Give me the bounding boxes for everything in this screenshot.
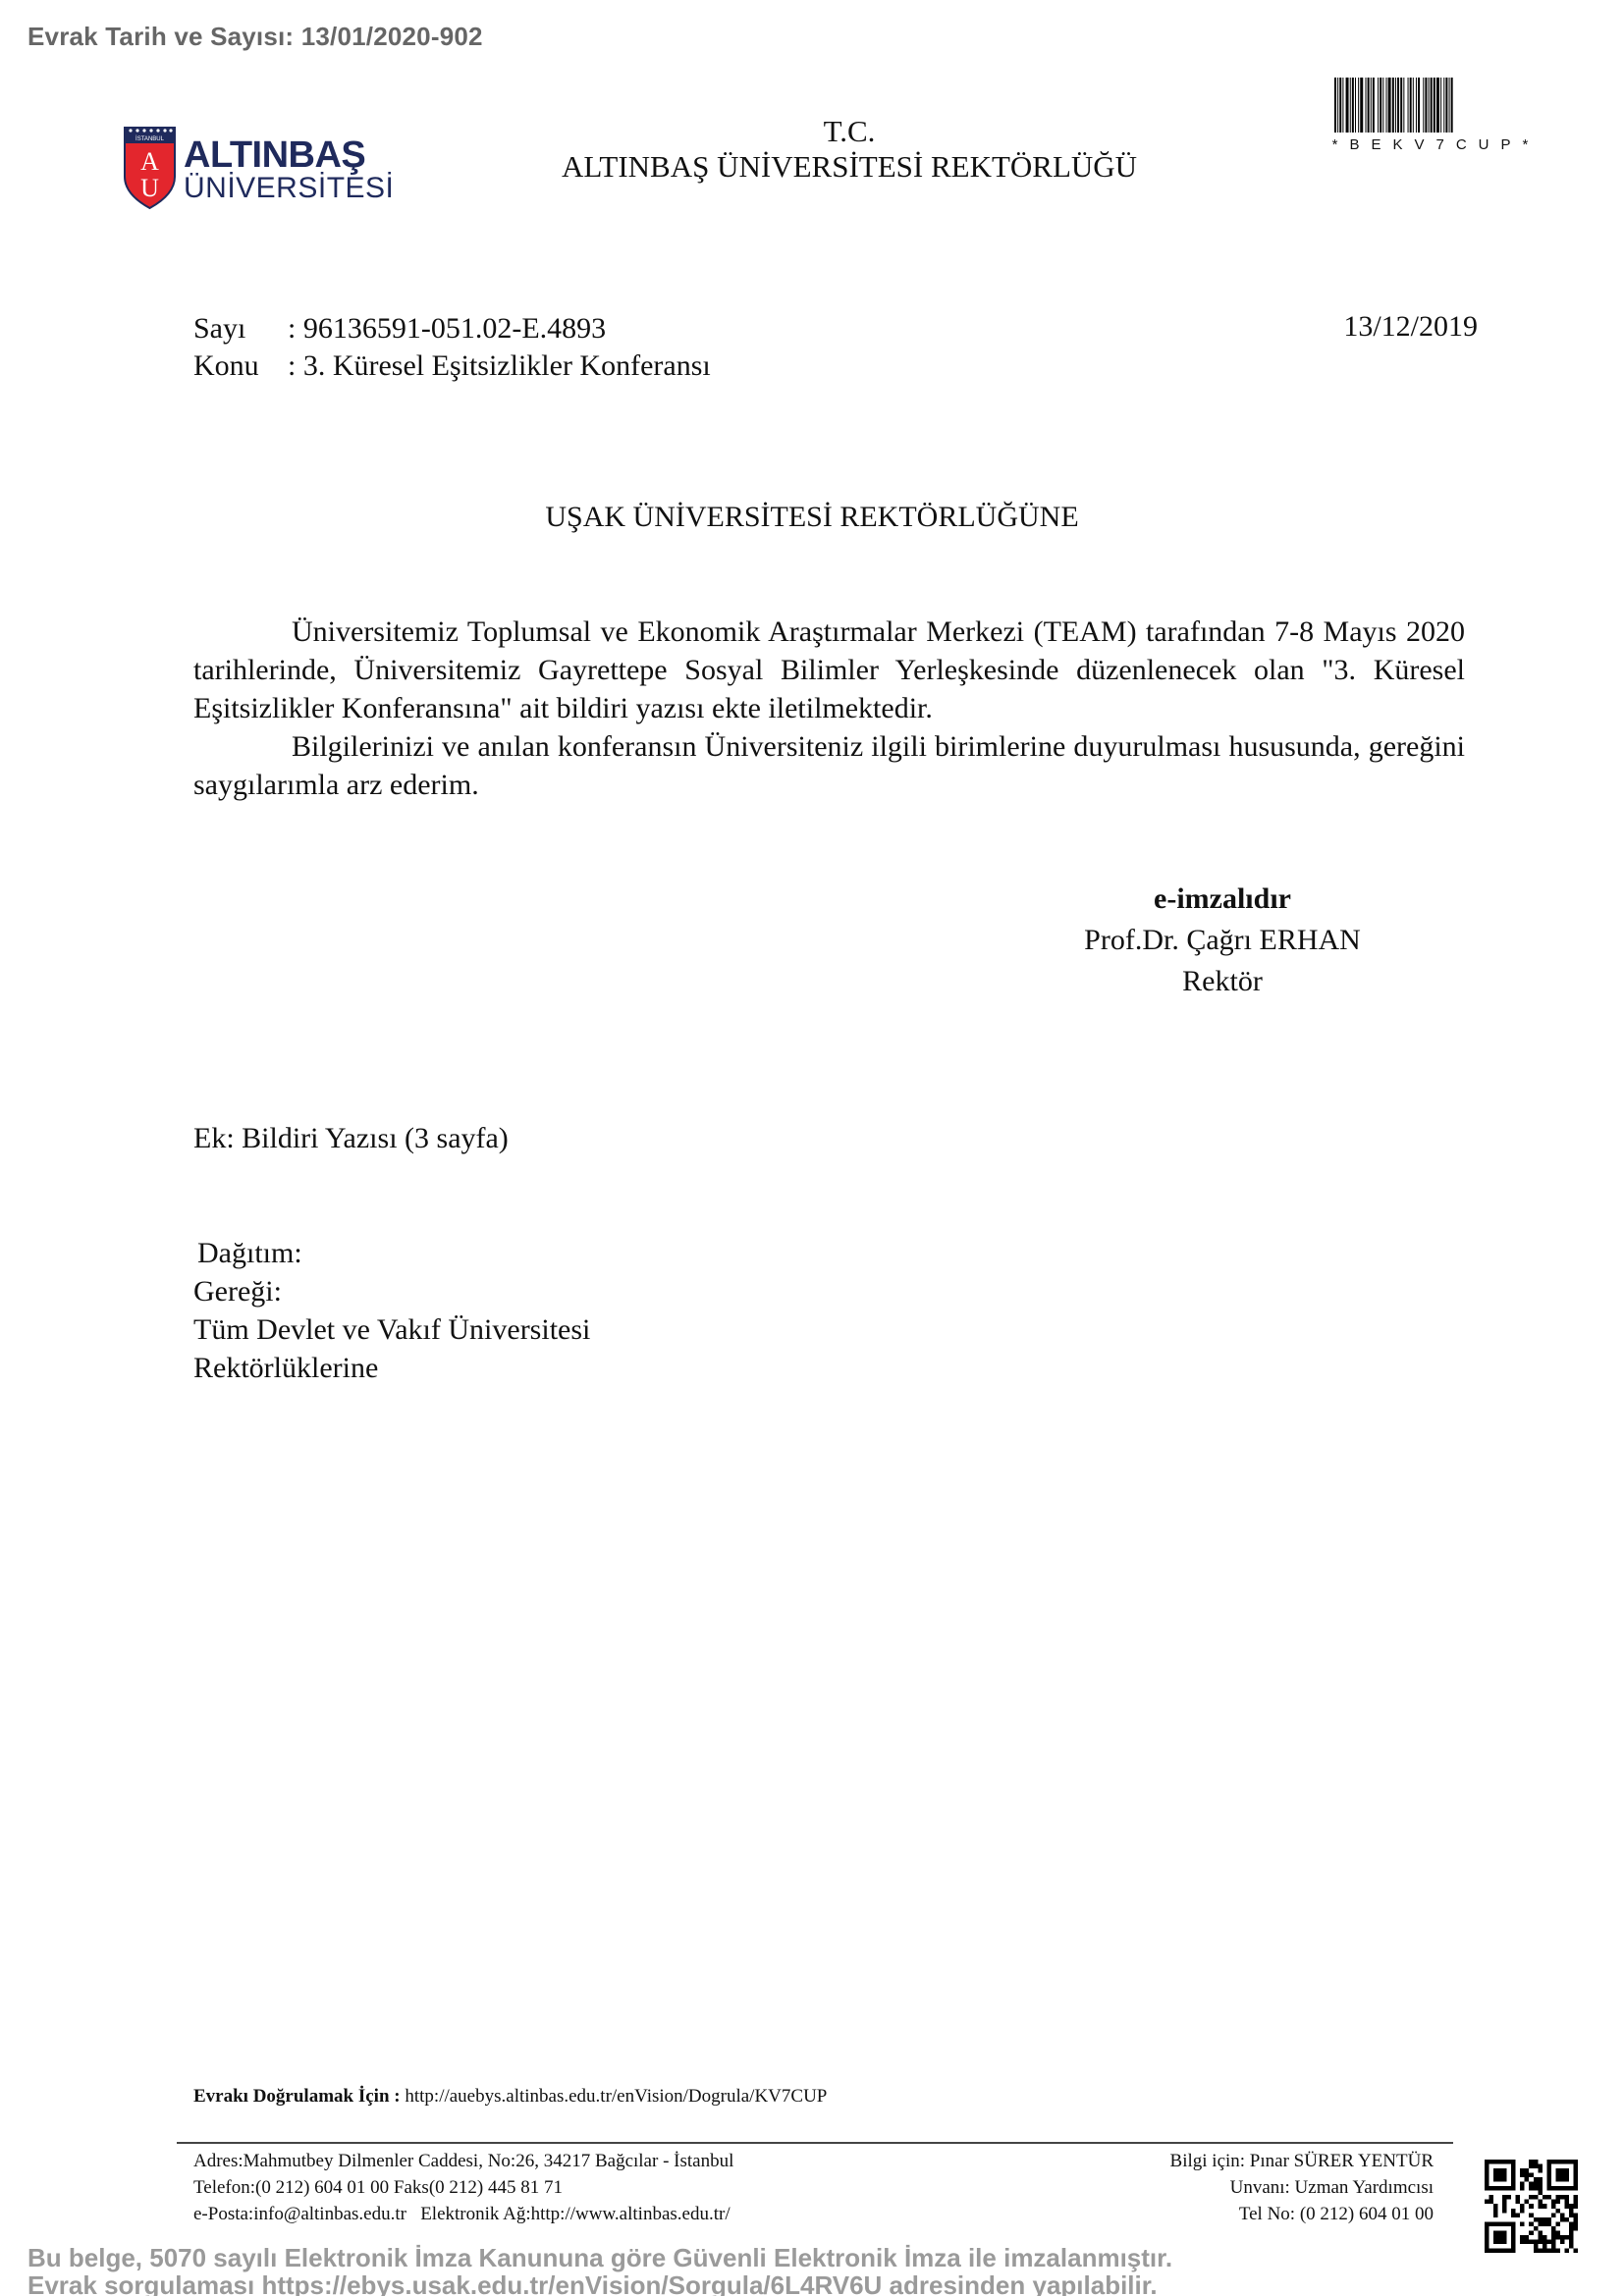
signature-block: e-imzalıdır Prof.Dr. Çağrı ERHAN Rektör: [1041, 879, 1404, 1002]
sayi-label: Sayı: [193, 310, 288, 347]
info-contact: Bilgi için: Pınar SÜRER YENTÜR: [1060, 2148, 1434, 2174]
e-signature-status: e-imzalıdır: [1041, 879, 1404, 920]
distribution-gereği: Gereği:: [193, 1272, 590, 1310]
info-phone: Tel No: (0 212) 604 01 00: [1060, 2201, 1434, 2227]
body-paragraph-1: Üniversitemiz Toplumsal ve Ekonomik Araş…: [193, 613, 1465, 727]
e-signature-notice: Bu belge, 5070 sayılı Elektronik İmza Ka…: [27, 2244, 1172, 2296]
body-paragraph-2: Bilgilerinizi ve anılan konferansın Üniv…: [193, 727, 1465, 804]
header-institution: ALTINBAŞ ÜNİVERSİTESİ REKTÖRLÜĞÜ: [0, 149, 1624, 185]
footer-phone: Telefon:(0 212) 604 01 00 Faks(0 212) 44…: [193, 2174, 733, 2201]
barcode-text: *BEKV7CUP*: [1330, 136, 1542, 153]
signatory-title: Rektör: [1041, 961, 1404, 1002]
e-signature-notice-line-2: Evrak sorgulaması https://ebys.usak.edu.…: [27, 2271, 1172, 2296]
sayi-value: : 96136591-051.02-E.4893: [288, 312, 606, 345]
signatory-name: Prof.Dr. Çağrı ERHAN: [1041, 920, 1404, 961]
konu-label: Konu: [193, 347, 288, 385]
document-date: 13/12/2019: [1306, 310, 1478, 344]
meta-sayi: Sayı: 96136591-051.02-E.4893: [193, 310, 606, 347]
distribution-line-2: Rektörlüklerine: [193, 1349, 590, 1387]
e-signature-notice-line-1: Bu belge, 5070 sayılı Elektronik İmza Ka…: [27, 2244, 1172, 2271]
footer-email-web: e-Posta:info@altinbas.edu.tr Elektronik …: [193, 2201, 733, 2227]
footer-contact: Adres:Mahmutbey Dilmenler Caddesi, No:26…: [193, 2148, 733, 2227]
verification-line: Evrakı Doğrulamak İçin : http://auebys.a…: [193, 2086, 827, 2108]
barcode-icon: [1330, 76, 1542, 134]
document-date-number-stamp: Evrak Tarih ve Sayısı: 13/01/2020-902: [27, 22, 483, 52]
footer-divider: [177, 2142, 1453, 2144]
distribution-label: Dağıtım:: [193, 1234, 590, 1272]
letter-body: Üniversitemiz Toplumsal ve Ekonomik Araş…: [193, 613, 1465, 804]
info-title: Unvanı: Uzman Yardımcısı: [1060, 2174, 1434, 2201]
footer-address: Adres:Mahmutbey Dilmenler Caddesi, No:26…: [193, 2148, 733, 2174]
konu-value: : 3. Küresel Eşitsizlikler Konferansı: [288, 349, 711, 382]
addressee: UŞAK ÜNİVERSİTESİ REKTÖRLÜĞÜNE: [0, 501, 1624, 534]
verification-label: Evrakı Doğrulamak İçin :: [193, 2086, 401, 2107]
distribution-block: Dağıtım: Gereği: Tüm Devlet ve Vakıf Üni…: [193, 1234, 590, 1387]
distribution-line-1: Tüm Devlet ve Vakıf Üniversitesi: [193, 1310, 590, 1349]
attachment-note: Ek: Bildiri Yazısı (3 sayfa): [193, 1122, 509, 1155]
meta-konu: Konu: 3. Küresel Eşitsizlikler Konferans…: [193, 347, 711, 385]
footer-info: Bilgi için: Pınar SÜRER YENTÜR Unvanı: U…: [1060, 2148, 1434, 2227]
verification-url[interactable]: http://auebys.altinbas.edu.tr/enVision/D…: [405, 2086, 827, 2107]
qr-code-icon: [1480, 2160, 1583, 2253]
